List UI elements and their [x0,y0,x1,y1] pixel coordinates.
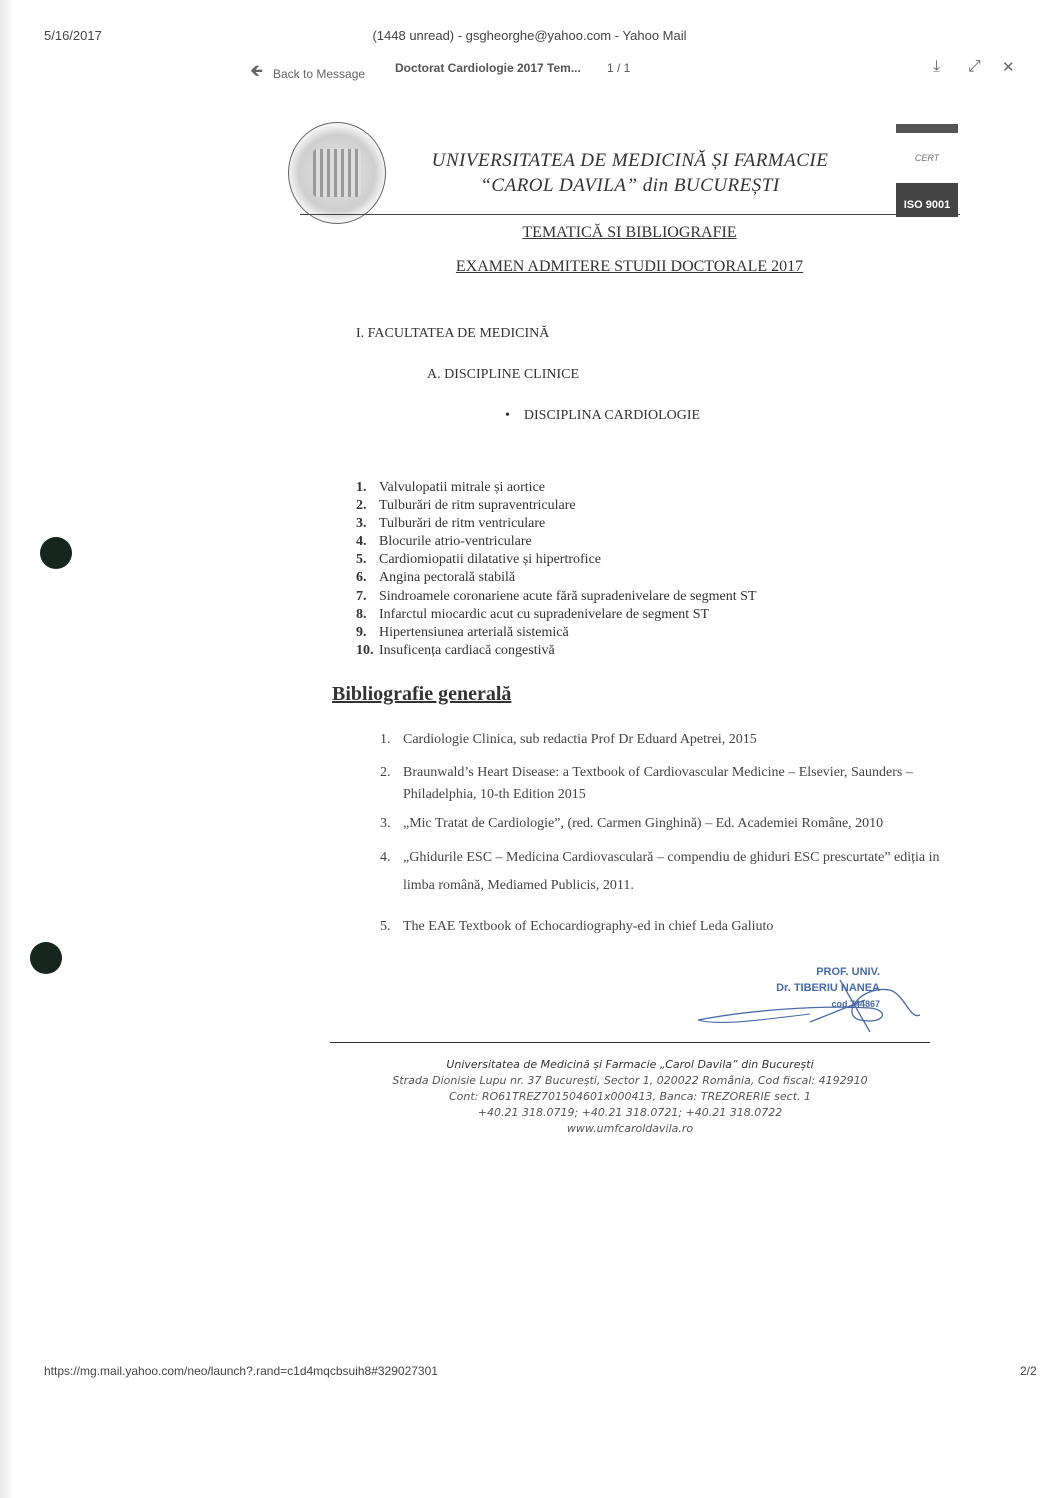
bibliography-heading: Bibliografie generală [332,683,511,706]
bibliography-item: 1.Cardiologie Clinica, sub redactia Prof… [380,731,940,749]
document-title: TEMATICĂ SI BIBLIOGRAFIE [0,224,1059,242]
topic-number: 6. [356,569,379,587]
iso-label: ISO 9001 [896,183,958,217]
topic-number: 1. [356,479,379,497]
building-illustration [313,149,361,197]
document-name: Doctorat Cardiologie 2017 Tem... [395,61,581,75]
document-subtitle: EXAMEN ADMITERE STUDII DOCTORALE 2017 [0,258,1059,276]
topic-text: Hipertensiunea arterială sistemică [379,624,569,642]
header-divider [300,214,960,215]
bibliography-list: 1.Cardiologie Clinica, sub redactia Prof… [380,731,940,936]
topics-list: 1.Valvulopatii mitrale și aortice2.Tulbu… [356,479,756,660]
topic-text: Tulburări de ritm supraventriculare [379,497,576,515]
university-name-line2: “CAROL DAVILA” din BUCUREȘTI [395,173,865,198]
topic-number: 3. [356,515,379,533]
topic-item: 6.Angina pectorală stabilă [356,569,756,587]
print-url: https://mg.mail.yahoo.com/neo/launch?.ra… [44,1364,438,1378]
topic-text: Infarctul miocardic acut cu supradenivel… [379,606,709,624]
footer-phones: +40.21 318.0719; +40.21 318.0721; +40.21… [330,1105,930,1121]
expand-icon[interactable]: ⤢ [968,58,981,76]
topic-number: 4. [356,533,379,551]
download-icon[interactable]: ⤓ [933,58,940,76]
bibliography-number: 1. [380,731,403,749]
bibliography-text: „Mic Tratat de Cardiologie”, (red. Carme… [403,810,883,838]
bibliography-item: 4.„Ghidurile ESC – Medicina Cardiovascul… [380,844,940,900]
bibliography-item: 2.Braunwald’s Heart Disease: a Textbook … [380,762,940,806]
topic-item: 2.Tulburări de ritm supraventriculare [356,497,756,515]
bibliography-number: 4. [380,844,403,900]
page-indicator: 1 / 1 [607,61,630,75]
discipline-label: DISCIPLINA CARDIOLOGIE [524,408,700,424]
bibliography-text: The EAE Textbook of Echocardiography-ed … [403,918,773,936]
topic-item: 3.Tulburări de ritm ventriculare [356,515,756,533]
bibliography-item: 3.„Mic Tratat de Cardiologie”, (red. Car… [380,810,940,838]
arrow-left-icon: 🡸 [250,60,263,87]
topic-text: Valvulopatii mitrale și aortice [379,479,545,497]
bullet: • [505,408,510,424]
topic-item: 10.Insuficența cardiacă congestivă [356,642,756,660]
back-label: Back to Message [273,67,365,81]
topic-item: 8.Infarctul miocardic acut cu supradeniv… [356,606,756,624]
bibliography-text: „Ghidurile ESC – Medicina Cardiovascular… [403,844,940,900]
iso-certification-logo: CERT ISO 9001 [896,124,958,219]
topic-item: 5.Cardiomiopatii dilatative și hipertrof… [356,551,756,569]
bibliography-item: 5.The EAE Textbook of Echocardiography-e… [380,918,940,936]
section-heading: A. DISCIPLINE CLINICE [427,367,579,383]
cert-banner [896,124,958,133]
university-seal-logo [288,122,386,224]
close-icon[interactable]: ✕ [1002,58,1015,76]
topic-text: Cardiomiopatii dilatative și hipertrofic… [379,551,601,569]
bibliography-number: 5. [380,918,403,936]
topic-text: Tulburări de ritm ventriculare [379,515,545,533]
punch-hole [40,537,72,569]
topic-text: Insuficența cardiacă congestivă [379,642,555,660]
handwritten-signature [690,960,940,1040]
footer-website: www.umfcaroldavila.ro [330,1121,930,1137]
topic-item: 1.Valvulopatii mitrale și aortice [356,479,756,497]
bibliography-text: Cardiologie Clinica, sub redactia Prof D… [403,731,757,749]
footer-address: Strada Dionisie Lupu nr. 37 București, S… [330,1073,930,1089]
topic-text: Angina pectorală stabilă [379,569,515,587]
discipline-heading: • DISCIPLINA CARDIOLOGIE [505,408,700,424]
topic-number: 7. [356,588,379,606]
topic-number: 9. [356,624,379,642]
institution-footer: Universitatea de Medicină și Farmacie „C… [330,1057,930,1137]
topic-item: 9.Hipertensiunea arterială sistemică [356,624,756,642]
topic-number: 10. [356,642,379,660]
print-page-number: 2/2 [1020,1364,1037,1378]
topic-number: 8. [356,606,379,624]
back-to-message-button[interactable]: 🡸 Back to Message [250,60,365,87]
print-window-title: (1448 unread) - gsgheorghe@yahoo.com - Y… [0,28,1059,43]
footer-divider [330,1042,930,1043]
university-name: UNIVERSITATEA DE MEDICINĂ ȘI FARMACIE “C… [395,148,865,198]
topic-number: 2. [356,497,379,515]
topic-number: 5. [356,551,379,569]
cert-label: CERT [896,133,958,183]
faculty-heading: I. FACULTATEA DE MEDICINĂ [356,326,549,342]
topic-text: Blocurile atrio-ventriculare [379,533,532,551]
footer-bank: Cont: RO61TREZ701504601x000413, Banca: T… [330,1089,930,1105]
topic-item: 4.Blocurile atrio-ventriculare [356,533,756,551]
footer-line1: Universitatea de Medicină și Farmacie „C… [330,1057,930,1073]
bibliography-number: 3. [380,810,403,838]
bibliography-text: Braunwald’s Heart Disease: a Textbook of… [403,762,940,806]
topic-item: 7.Sindroamele coronariene acute fără sup… [356,588,756,606]
topic-text: Sindroamele coronariene acute fără supra… [379,588,756,606]
punch-hole [30,942,62,974]
university-name-line1: UNIVERSITATEA DE MEDICINĂ ȘI FARMACIE [395,148,865,173]
bibliography-number: 2. [380,762,403,806]
